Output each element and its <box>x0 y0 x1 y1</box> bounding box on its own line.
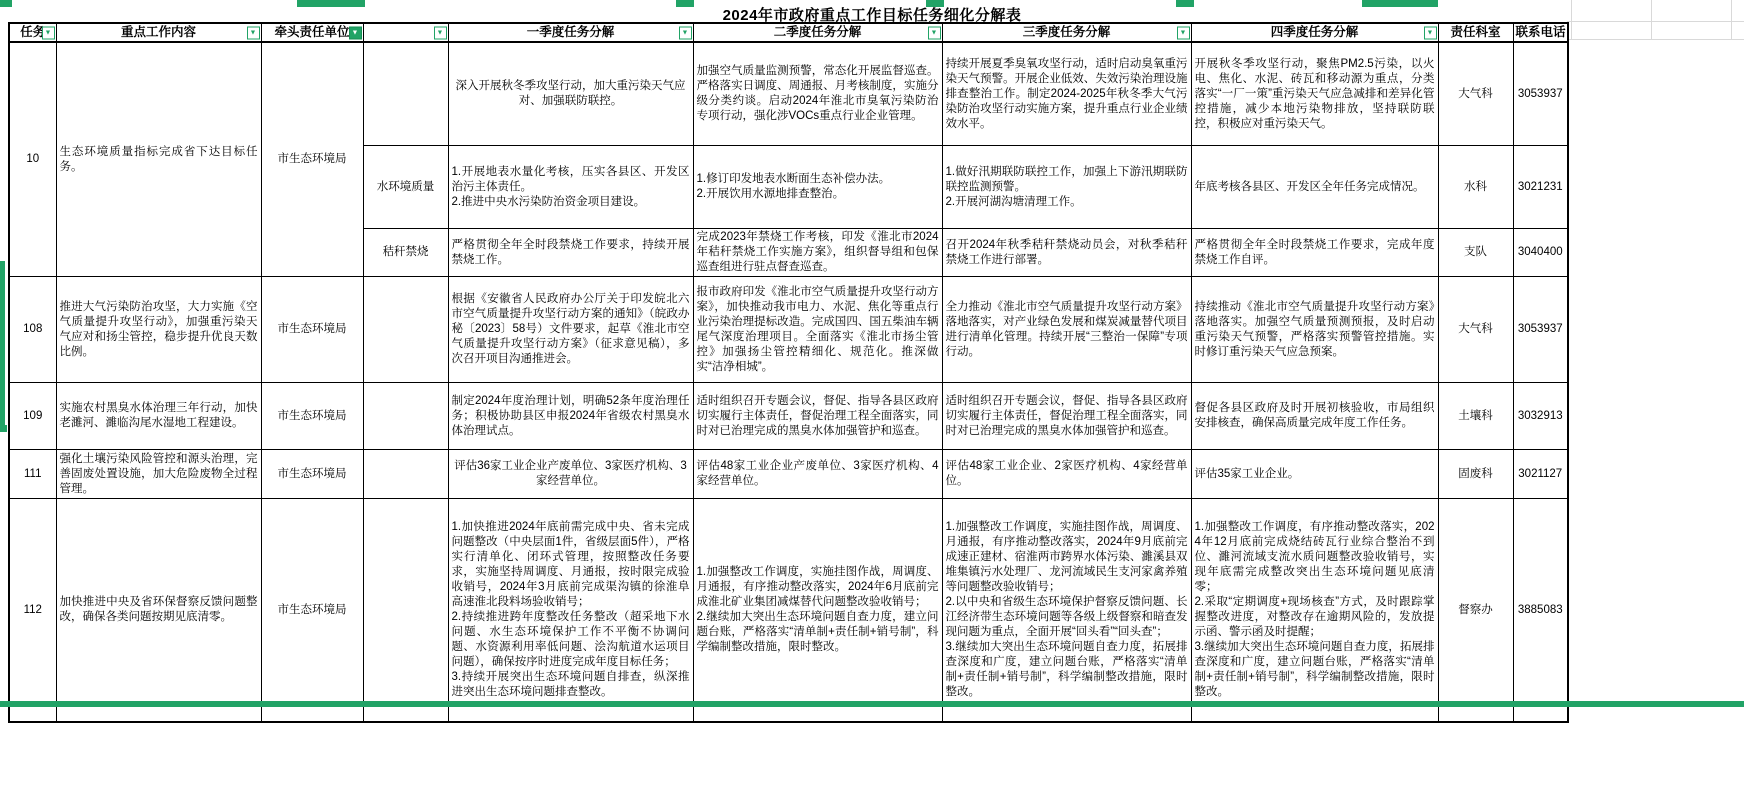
table-row: 112 加快推进中央及省环保督察反馈问题整改，确保各类问题按期见底清零。 市生态… <box>9 499 1568 723</box>
cell-q2-108[interactable]: 报市政府印发《淮北市空气质量提升攻坚行动方案》，加快推动我市电力、水泥、焦化等重… <box>693 277 942 383</box>
table-row: 109 实施农村黑臭水体治理三年行动，加快老濉河、濉临沟尾水湿地工程建设。 市生… <box>9 383 1568 450</box>
cell-task-108[interactable]: 108 <box>9 277 56 383</box>
cell-q3-108[interactable]: 全力推动《淮北市空气质量提升攻坚行动方案》落地落实，对产业绿色发展和煤炭减量替代… <box>942 277 1191 383</box>
cell-content-112[interactable]: 加快推进中央及省环保督察反馈问题整改，确保各类问题按期见底清零。 <box>56 499 261 723</box>
cell-task-10[interactable]: 10 <box>9 42 56 277</box>
cell-lead-109[interactable]: 市生态环境局 <box>261 383 363 450</box>
cell-sub-10-straw[interactable]: 秸秆禁烧 <box>363 229 448 277</box>
cell-phone-109[interactable]: 3032913 <box>1513 383 1568 450</box>
header-q1-label: 一季度任务分解 <box>527 25 615 39</box>
cell-q2-112[interactable]: 1.加强整改工作调度，实施挂图作战，周调度、月通报，有序推动整改落实，2024年… <box>693 499 942 723</box>
cell-q4-10-straw[interactable]: 严格贯彻全年全时段禁烧工作要求，完成年度禁烧工作自评。 <box>1191 229 1438 277</box>
cell-q1-10-straw[interactable]: 严格贯彻全年全时段禁烧工作要求，持续开展禁烧工作。 <box>448 229 693 277</box>
cell-lead-10[interactable]: 市生态环境局 <box>261 42 363 277</box>
selection-handle[interactable] <box>0 425 7 432</box>
header-lead-label: 牵头责任单位 <box>274 25 349 39</box>
filter-active-funnel-icon[interactable]: ▼ <box>349 26 362 39</box>
cell-q3-109[interactable]: 适时组织召开专题会议，督促、指导各县区政府切实履行主体责任，督促治理工程全面落实… <box>942 383 1191 450</box>
header-q4[interactable]: 四季度任务分解▼ <box>1191 23 1438 42</box>
cell-dept-109[interactable]: 土壤科 <box>1438 383 1513 450</box>
header-task[interactable]: 任务▼ <box>9 23 56 42</box>
table-row: 10 生态环境质量指标完成省下达目标任务。 市生态环境局 深入开展秋冬季攻坚行动… <box>9 42 1568 146</box>
filter-dropdown-icon[interactable]: ▼ <box>434 26 447 39</box>
cell-q1-108[interactable]: 根据《安徽省人民政府办公厅关于印发皖北六市空气质量提升攻坚行动方案的通知》（皖政… <box>448 277 693 383</box>
cell-content-111[interactable]: 强化土壤污染风险管控和源头治理，完善固废处置设施，加大危险废物全过程管理。 <box>56 450 261 499</box>
cell-phone-112[interactable]: 3885083 <box>1513 499 1568 723</box>
filter-dropdown-icon[interactable]: ▼ <box>247 26 260 39</box>
row-selection-indicator <box>0 261 5 427</box>
cell-q1-109[interactable]: 制定2024年度治理计划，明确52条年度治理任务；积极协助县区申报2024年省级… <box>448 383 693 450</box>
filter-dropdown-icon[interactable]: ▼ <box>928 26 941 39</box>
header-lead[interactable]: 牵头责任单位▼ <box>261 23 363 42</box>
table-row: 111 强化土壤污染风险管控和源头治理，完善固废处置设施，加大危险废物全过程管理… <box>9 450 1568 499</box>
cell-sub-112[interactable] <box>363 499 448 723</box>
cell-q4-108[interactable]: 持续推动《淮北市空气质量提升攻坚行动方案》落地落实。加强空气质量预测预报，及时启… <box>1191 277 1438 383</box>
cell-sub-109[interactable] <box>363 383 448 450</box>
cell-q2-10-straw[interactable]: 完成2023年禁烧工作考核，印发《淮北市2024年秸秆禁烧工作实施方案》，组织督… <box>693 229 942 277</box>
selection-bottom-border <box>0 701 1744 707</box>
cell-q1-10-air[interactable]: 深入开展秋冬季攻坚行动，加大重污染天气应对、加强联防联控。 <box>448 42 693 146</box>
header-q1[interactable]: 一季度任务分解▼ <box>448 23 693 42</box>
cell-q4-111[interactable]: 评估35家工业企业。 <box>1191 450 1438 499</box>
cell-dept-10-straw[interactable]: 支队 <box>1438 229 1513 277</box>
cell-sub-108[interactable] <box>363 277 448 383</box>
header-content-label: 重点工作内容 <box>121 25 196 39</box>
cell-q1-111[interactable]: 评估36家工业企业产废单位、3家医疗机构、3家经营单位。 <box>448 450 693 499</box>
cell-phone-111[interactable]: 3021127 <box>1513 450 1568 499</box>
header-q3-label: 三季度任务分解 <box>1023 25 1111 39</box>
cell-q1-10-water[interactable]: 1.开展地表水量化考核，压实各县区、开发区治污主体责任。 2.推进中央水污染防治… <box>448 146 693 229</box>
cell-q4-10-air[interactable]: 开展秋冬季攻坚行动，聚焦PM2.5污染，以火电、焦化、水泥、砖瓦和移动源为重点，… <box>1191 42 1438 146</box>
cell-dept-10-water[interactable]: 水科 <box>1438 146 1513 229</box>
header-content[interactable]: 重点工作内容▼ <box>56 23 261 42</box>
cell-task-109[interactable]: 109 <box>9 383 56 450</box>
cell-dept-108[interactable]: 大气科 <box>1438 277 1513 383</box>
cell-phone-10-water[interactable]: 3021231 <box>1513 146 1568 229</box>
cell-dept-112[interactable]: 督察办 <box>1438 499 1513 723</box>
cell-q3-10-air[interactable]: 持续开展夏季臭氧攻坚行动，适时启动臭氧重污染天气预警。开展企业低效、失效污染治理… <box>942 42 1191 146</box>
spreadsheet-stage: 2024年市政府重点工作目标任务细化分解表 任务▼ 重点工作内容▼ 牵头责任单位… <box>0 0 1744 788</box>
cell-lead-111[interactable]: 市生态环境局 <box>261 450 363 499</box>
cell-sub-10-air[interactable] <box>363 42 448 146</box>
header-q3[interactable]: 三季度任务分解▼ <box>942 23 1191 42</box>
cell-task-111[interactable]: 111 <box>9 450 56 499</box>
cell-q1-112[interactable]: 1.加快推进2024年底前需完成中央、省未完成问题整改（中央层面1件，省级层面5… <box>448 499 693 723</box>
cell-q3-112[interactable]: 1.加强整改工作调度，实施挂图作战，周调度、月通报，有序推动整改落实，2024年… <box>942 499 1191 723</box>
cell-q2-111[interactable]: 评估48家工业企业产废单位、3家医疗机构、4家经营单位。 <box>693 450 942 499</box>
cell-phone-108[interactable]: 3053937 <box>1513 277 1568 383</box>
cell-task-112[interactable]: 112 <box>9 499 56 723</box>
cell-content-10[interactable]: 生态环境质量指标完成省下达目标任务。 <box>56 42 261 277</box>
gridline <box>1567 39 1744 40</box>
header-phone[interactable]: 联系电话 <box>1513 23 1568 42</box>
filter-dropdown-icon[interactable]: ▼ <box>1177 26 1190 39</box>
cell-dept-10-air[interactable]: 大气科 <box>1438 42 1513 146</box>
table-row: 108 推进大气污染防治攻坚，大力实施《空气质量提升攻坚行动》，加强重污染天气应… <box>9 277 1568 383</box>
cell-dept-111[interactable]: 固废科 <box>1438 450 1513 499</box>
cell-lead-112[interactable]: 市生态环境局 <box>261 499 363 723</box>
cell-q2-10-air[interactable]: 加强空气质量监测预警，常态化开展监督巡查。严格落实日调度、周通报、月考核制度，实… <box>693 42 942 146</box>
cell-q4-109[interactable]: 督促各县区政府及时开展初核验收，市局组织安排核查，确保高质量完成年度工作任务。 <box>1191 383 1438 450</box>
cell-q4-10-water[interactable]: 年底考核各县区、开发区全年任务完成情况。 <box>1191 146 1438 229</box>
cell-content-109[interactable]: 实施农村黑臭水体治理三年行动，加快老濉河、濉临沟尾水湿地工程建设。 <box>56 383 261 450</box>
header-phone-label: 联系电话 <box>1516 25 1566 39</box>
header-dept[interactable]: 责任科室 <box>1438 23 1513 42</box>
header-q4-label: 四季度任务分解 <box>1271 25 1359 39</box>
cell-q2-10-water[interactable]: 1.修订印发地表水断面生态补偿办法。 2.开展饮用水源地排查整治。 <box>693 146 942 229</box>
header-subcategory[interactable]: ▼ <box>363 23 448 42</box>
header-row: 任务▼ 重点工作内容▼ 牵头责任单位▼ ▼ 一季度任务分解▼ 二季度任务分解▼ … <box>9 23 1568 42</box>
cell-q4-112[interactable]: 1.加强整改工作调度，有序推动整改落实，2024年12月底前完成烧结砖瓦行业综合… <box>1191 499 1438 723</box>
cell-sub-111[interactable] <box>363 450 448 499</box>
filter-dropdown-icon[interactable]: ▼ <box>1424 26 1437 39</box>
cell-lead-108[interactable]: 市生态环境局 <box>261 277 363 383</box>
cell-q2-109[interactable]: 适时组织召开专题会议，督促、指导各县区政府切实履行主体责任，督促治理工程全面落实… <box>693 383 942 450</box>
cell-content-108[interactable]: 推进大气污染防治攻坚，大力实施《空气质量提升攻坚行动》，加强重污染天气应对和扬尘… <box>56 277 261 383</box>
filter-dropdown-icon[interactable]: ▼ <box>42 26 55 39</box>
cell-q3-10-water[interactable]: 1.做好汛期联防联控工作，加强上下游汛期联防联控监测预警。 2.开展河湖沟塘清理… <box>942 146 1191 229</box>
header-q2-label: 二季度任务分解 <box>774 25 862 39</box>
cell-q3-10-straw[interactable]: 召开2024年秋季秸秆禁烧动员会，对秋季秸秆禁烧工作进行部署。 <box>942 229 1191 277</box>
cell-phone-10-air[interactable]: 3053937 <box>1513 42 1568 146</box>
header-q2[interactable]: 二季度任务分解▼ <box>693 23 942 42</box>
cell-phone-10-straw[interactable]: 3040400 <box>1513 229 1568 277</box>
cell-sub-10-water[interactable]: 水环境质量 <box>363 146 448 229</box>
task-table: 任务▼ 重点工作内容▼ 牵头责任单位▼ ▼ 一季度任务分解▼ 二季度任务分解▼ … <box>8 22 1569 723</box>
header-dept-label: 责任科室 <box>1450 25 1500 39</box>
filter-dropdown-icon[interactable]: ▼ <box>679 26 692 39</box>
cell-q3-111[interactable]: 评估48家工业企业、2家医疗机构、4家经营单位。 <box>942 450 1191 499</box>
